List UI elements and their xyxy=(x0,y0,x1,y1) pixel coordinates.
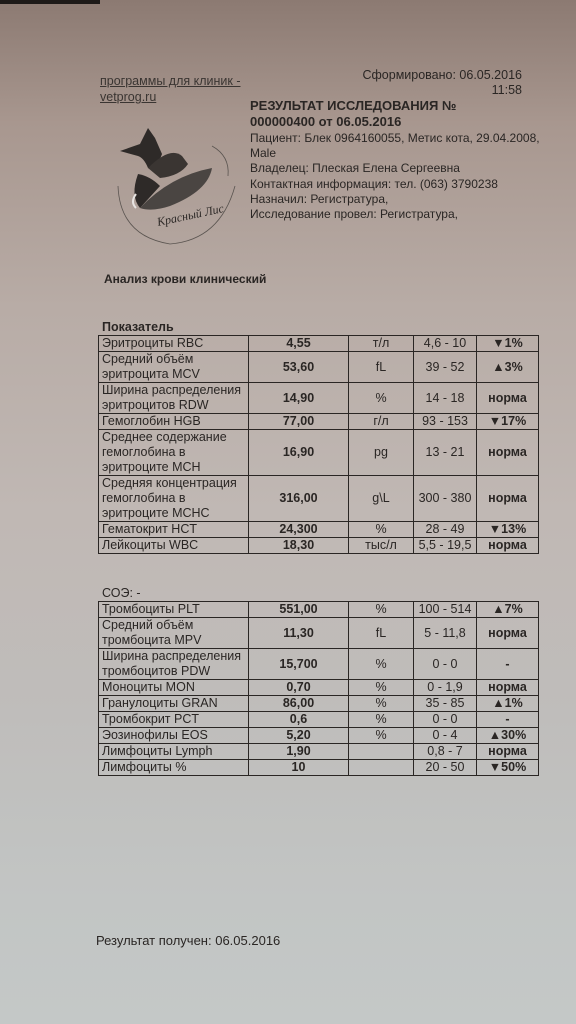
result-received: Результат получен: 06.05.2016 xyxy=(96,933,280,948)
result-value: 77,00 xyxy=(249,414,349,430)
unit: т/л xyxy=(349,336,414,352)
result-value: 0,6 xyxy=(249,712,349,728)
table-row: Средний объём эритроцита MCV53,60fL39 - … xyxy=(99,352,539,383)
reference-range: 0 - 1,9 xyxy=(414,680,477,696)
indicator-name: Гранулоциты GRAN xyxy=(99,696,249,712)
table-row: Ширина распределения тромбоцитов PDW15,7… xyxy=(99,649,539,680)
result-value: 5,20 xyxy=(249,728,349,744)
table-row: Эозинофилы EOS5,20%0 - 4▲30% xyxy=(99,728,539,744)
reference-range: 28 - 49 xyxy=(414,522,477,538)
result-value: 15,700 xyxy=(249,649,349,680)
unit: % xyxy=(349,728,414,744)
unit: g\L xyxy=(349,476,414,522)
deviation-flag: - xyxy=(477,649,539,680)
deviation-flag: ▲7% xyxy=(477,602,539,618)
table-row: Тромбокрит PCT0,6%0 - 0- xyxy=(99,712,539,728)
unit: тыс/л xyxy=(349,538,414,554)
unit: % xyxy=(349,696,414,712)
photo-edge-shadow xyxy=(0,0,100,4)
table-row: Моноциты MON0,70%0 - 1,9норма xyxy=(99,680,539,696)
unit: г/л xyxy=(349,414,414,430)
indicator-name: Ширина распределения тромбоцитов PDW xyxy=(99,649,249,680)
reference-range: 4,6 - 10 xyxy=(414,336,477,352)
reference-range: 93 - 153 xyxy=(414,414,477,430)
owner-line: Владелец: Плеская Елена Сергеевна xyxy=(250,161,540,176)
result-value: 24,300 xyxy=(249,522,349,538)
unit: fL xyxy=(349,618,414,649)
deviation-flag: норма xyxy=(477,744,539,760)
table-row: Средний объём тромбоцита MPV11,30fL5 - 1… xyxy=(99,618,539,649)
unit: fL xyxy=(349,352,414,383)
result-value: 4,55 xyxy=(249,336,349,352)
deviation-flag: ▼1% xyxy=(477,336,539,352)
reference-range: 5 - 11,8 xyxy=(414,618,477,649)
section-title: Анализ крови клинический xyxy=(104,272,266,286)
indicator-name: Гемоглобин HGB xyxy=(99,414,249,430)
reference-range: 14 - 18 xyxy=(414,383,477,414)
reference-range: 100 - 514 xyxy=(414,602,477,618)
table-row: Среднее содержание гемоглобина в эритроц… xyxy=(99,430,539,476)
result-title-label: РЕЗУЛЬТАТ ИССЛЕДОВАНИЯ № xyxy=(250,98,530,114)
result-title: РЕЗУЛЬТАТ ИССЛЕДОВАНИЯ № 000000400 от 06… xyxy=(250,98,530,130)
result-number: 000000400 от 06.05.2016 xyxy=(250,114,530,130)
deviation-flag: ▼13% xyxy=(477,522,539,538)
result-value: 551,00 xyxy=(249,602,349,618)
deviation-flag: норма xyxy=(477,538,539,554)
indicator-name: Лейкоциты WBC xyxy=(99,538,249,554)
indicator-name: Среднее содержание гемоглобина в эритроц… xyxy=(99,430,249,476)
formed-timestamp: Сформировано: 06.05.2016 11:58 xyxy=(330,68,522,98)
unit: % xyxy=(349,712,414,728)
indicator-name: Средний объём эритроцита MCV xyxy=(99,352,249,383)
result-value: 11,30 xyxy=(249,618,349,649)
table-row: Тромбоциты PLT551,00%100 - 514▲7% xyxy=(99,602,539,618)
indicator-name: Эритроциты RBC xyxy=(99,336,249,352)
result-value: 14,90 xyxy=(249,383,349,414)
result-value: 316,00 xyxy=(249,476,349,522)
blood-results-table-2: Тромбоциты PLT551,00%100 - 514▲7%Средний… xyxy=(98,601,539,776)
deviation-flag: норма xyxy=(477,476,539,522)
indicator-name: Эозинофилы EOS xyxy=(99,728,249,744)
performed-line: Исследование провел: Регистратура, xyxy=(250,207,540,222)
reference-range: 0 - 4 xyxy=(414,728,477,744)
indicator-name: Средний объём тромбоцита MPV xyxy=(99,618,249,649)
table-row: Гемоглобин HGB77,00г/л93 - 153▼17% xyxy=(99,414,539,430)
table-row: Лейкоциты WBC18,30тыс/л5,5 - 19,5норма xyxy=(99,538,539,554)
reference-range: 0,8 - 7 xyxy=(414,744,477,760)
blood-results-table-1: Эритроциты RBC4,55т/л4,6 - 10▼1%Средний … xyxy=(98,335,539,554)
table-row: Лимфоциты Lymph1,900,8 - 7норма xyxy=(99,744,539,760)
formed-date: Сформировано: 06.05.2016 xyxy=(330,68,522,83)
patient-info: Пациент: Блек 0964160055, Метис кота, 29… xyxy=(250,131,540,222)
indicator-name: Гематокрит HCT xyxy=(99,522,249,538)
deviation-flag: - xyxy=(477,712,539,728)
reference-range: 20 - 50 xyxy=(414,760,477,776)
result-value: 16,90 xyxy=(249,430,349,476)
reference-range: 13 - 21 xyxy=(414,430,477,476)
unit: % xyxy=(349,680,414,696)
reference-range: 0 - 0 xyxy=(414,649,477,680)
unit xyxy=(349,744,414,760)
deviation-flag: ▼50% xyxy=(477,760,539,776)
indicator-name: Тромбокрит PCT xyxy=(99,712,249,728)
deviation-flag: ▲1% xyxy=(477,696,539,712)
patient-line: Пациент: Блек 0964160055, Метис кота, 29… xyxy=(250,131,540,161)
result-value: 10 xyxy=(249,760,349,776)
formed-time: 11:58 xyxy=(330,83,522,98)
reference-range: 300 - 380 xyxy=(414,476,477,522)
table-row: Гранулоциты GRAN86,00%35 - 85▲1% xyxy=(99,696,539,712)
deviation-flag: ▼17% xyxy=(477,414,539,430)
contact-line: Контактная информация: тел. (063) 379023… xyxy=(250,177,540,192)
table-row: Ширина распределения эритроцитов RDW14,9… xyxy=(99,383,539,414)
clinic-logo: Красный Лис xyxy=(100,116,240,261)
unit: % xyxy=(349,649,414,680)
reference-range: 39 - 52 xyxy=(414,352,477,383)
deviation-flag: норма xyxy=(477,383,539,414)
indicator-name: Тромбоциты PLT xyxy=(99,602,249,618)
unit: % xyxy=(349,602,414,618)
deviation-flag: ▲30% xyxy=(477,728,539,744)
unit: % xyxy=(349,522,414,538)
deviation-flag: ▲3% xyxy=(477,352,539,383)
table-row: Эритроциты RBC4,55т/л4,6 - 10▼1% xyxy=(99,336,539,352)
deviation-flag: норма xyxy=(477,680,539,696)
result-value: 0,70 xyxy=(249,680,349,696)
table-row: Средняя концентрация гемоглобина в эритр… xyxy=(99,476,539,522)
table-row: Гематокрит HCT24,300%28 - 49▼13% xyxy=(99,522,539,538)
esr-line: СОЭ: - xyxy=(102,586,141,600)
indicator-name: Лимфоциты % xyxy=(99,760,249,776)
result-value: 53,60 xyxy=(249,352,349,383)
indicator-name: Моноциты MON xyxy=(99,680,249,696)
result-value: 86,00 xyxy=(249,696,349,712)
reference-range: 5,5 - 19,5 xyxy=(414,538,477,554)
deviation-flag: норма xyxy=(477,430,539,476)
fox-logo-icon: Красный Лис xyxy=(100,116,240,261)
result-value: 1,90 xyxy=(249,744,349,760)
indicator-name: Ширина распределения эритроцитов RDW xyxy=(99,383,249,414)
table-row: Лимфоциты %1020 - 50▼50% xyxy=(99,760,539,776)
unit: pg xyxy=(349,430,414,476)
indicator-name: Средняя концентрация гемоглобина в эритр… xyxy=(99,476,249,522)
prescribed-line: Назначил: Регистратура, xyxy=(250,192,540,207)
unit: % xyxy=(349,383,414,414)
result-value: 18,30 xyxy=(249,538,349,554)
indicator-name: Лимфоциты Lymph xyxy=(99,744,249,760)
deviation-flag: норма xyxy=(477,618,539,649)
reference-range: 0 - 0 xyxy=(414,712,477,728)
unit xyxy=(349,760,414,776)
column-header: Показатель xyxy=(102,320,174,334)
reference-range: 35 - 85 xyxy=(414,696,477,712)
